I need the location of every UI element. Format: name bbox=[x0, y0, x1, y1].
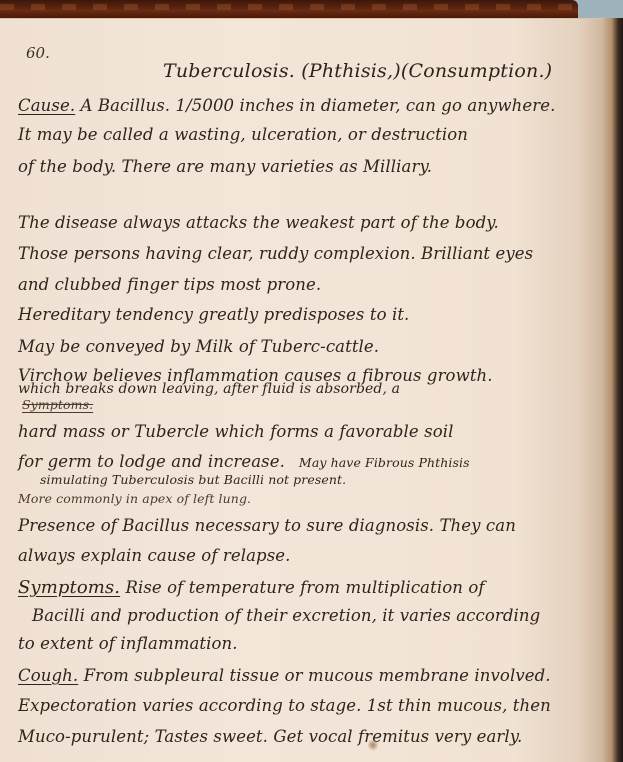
page-number: 60. bbox=[26, 44, 50, 62]
line-text: for germ to lodge and increase. bbox=[18, 452, 285, 471]
text-line: The disease always attacks the weakest p… bbox=[18, 213, 499, 232]
margin-note-continued: simulating Tuberculosis but Bacilli not … bbox=[40, 472, 346, 487]
page-edge bbox=[604, 18, 623, 762]
text-line: It may be called a wasting, ulceration, … bbox=[18, 125, 468, 144]
section-label-symptoms-struck: Symptoms. bbox=[22, 397, 93, 412]
text-line: Expectoration varies according to stage.… bbox=[18, 696, 551, 715]
line-text: Rise of temperature from multiplication … bbox=[120, 578, 484, 597]
text-line: Cough. From subpleural tissue or mucous … bbox=[18, 666, 551, 685]
text-line: always explain cause of relapse. bbox=[18, 546, 290, 565]
text-line: More commonly in apex of left lung. bbox=[18, 491, 251, 506]
struck-label-wrapper: Symptoms. bbox=[22, 397, 93, 412]
ink-stain bbox=[368, 738, 378, 752]
text-line: Those persons having clear, ruddy comple… bbox=[18, 244, 533, 263]
text-line: hard mass or Tubercle which forms a favo… bbox=[18, 422, 454, 441]
section-label-cough: Cough. bbox=[18, 666, 78, 685]
text-line: Presence of Bacillus necessary to sure d… bbox=[18, 516, 516, 535]
text-line: and clubbed finger tips most prone. bbox=[18, 275, 321, 294]
text-line: of the body. There are many varieties as… bbox=[18, 157, 432, 176]
text-line: Cause. A Bacillus. 1/5000 inches in diam… bbox=[18, 96, 555, 115]
text-line: for germ to lodge and increase.May have … bbox=[18, 452, 470, 471]
section-label-cause: Cause. bbox=[18, 96, 75, 115]
text-line: to extent of inflammation. bbox=[18, 634, 238, 653]
text-line: May be conveyed by Milk of Tuberc-cattle… bbox=[18, 337, 379, 356]
text-line: Hereditary tendency greatly predisposes … bbox=[18, 305, 409, 324]
line-text: From subpleural tissue or mucous membran… bbox=[78, 666, 550, 685]
page-title: Tuberculosis. (Phthisis,)(Consumption.) bbox=[163, 60, 583, 82]
margin-note: May have Fibrous Phthisis bbox=[299, 455, 470, 470]
text-line: Symptoms. Rise of temperature from multi… bbox=[18, 577, 485, 598]
line-text: A Bacillus. 1/5000 inches in diameter, c… bbox=[75, 96, 555, 115]
section-label-symptoms: Symptoms. bbox=[18, 577, 120, 598]
text-line: Muco-purulent; Tastes sweet. Get vocal f… bbox=[18, 727, 522, 746]
text-line: which breaks down leaving, after fluid i… bbox=[18, 381, 400, 397]
text-line: Bacilli and production of their excretio… bbox=[32, 606, 540, 625]
